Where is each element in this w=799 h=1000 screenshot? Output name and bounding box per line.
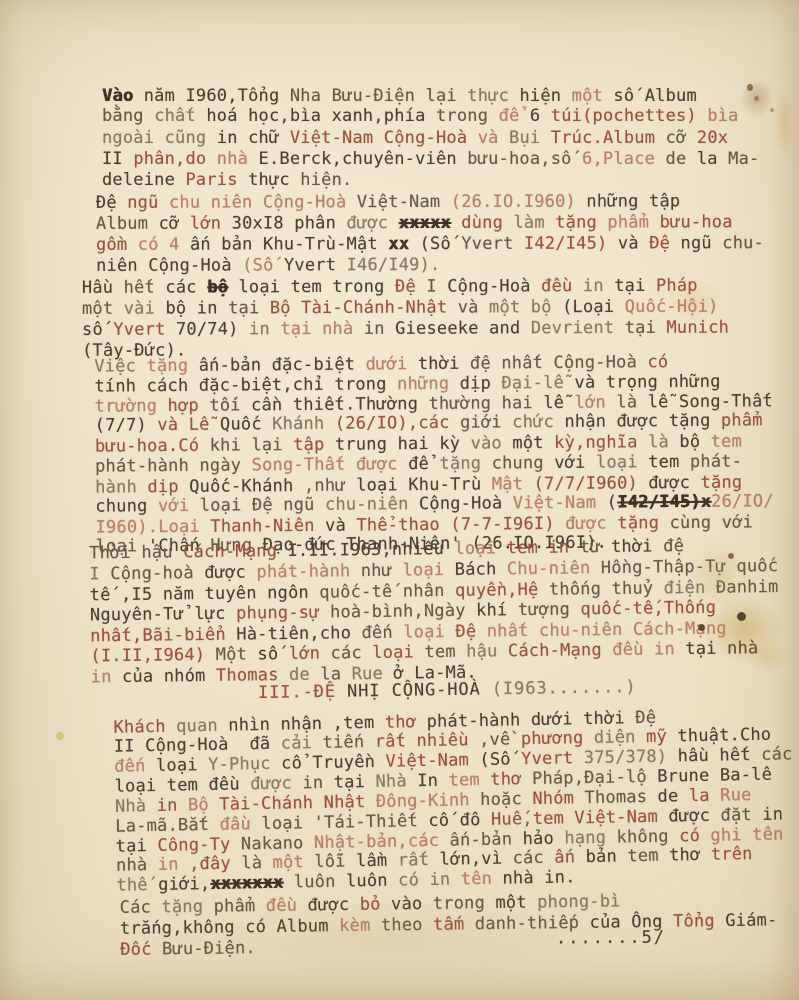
word: trường xyxy=(95,396,158,416)
word: và xyxy=(618,233,639,253)
word: Bách xyxy=(455,559,497,580)
word: Brune xyxy=(657,766,710,787)
word: tem xyxy=(424,642,456,662)
word: loại xyxy=(114,776,156,797)
word: loại xyxy=(156,755,198,776)
word: cổ xyxy=(281,753,302,773)
word: đặc-biệt,chỉ xyxy=(199,375,324,396)
word: diện xyxy=(594,727,636,748)
word: phẩm xyxy=(607,212,649,232)
word: vài xyxy=(124,299,155,319)
word: năm xyxy=(163,584,195,604)
word: thời xyxy=(583,708,625,729)
word: tem xyxy=(711,432,742,452)
word: ngày xyxy=(199,456,241,476)
word: bỏ xyxy=(360,894,381,914)
word: in xyxy=(548,538,569,558)
word: bằng xyxy=(102,106,144,126)
word: Việt-Nam xyxy=(513,493,597,514)
word: tem xyxy=(507,538,539,558)
word: thơ xyxy=(490,769,522,790)
word: (Số xyxy=(479,749,511,770)
word: giới xyxy=(460,413,502,433)
word: chất xyxy=(154,106,196,126)
word: hiện. xyxy=(300,170,352,190)
word: lầm xyxy=(356,850,388,871)
word: cần xyxy=(251,395,282,415)
word: ngôn xyxy=(267,582,309,603)
word: Thời xyxy=(89,543,131,564)
word: tập xyxy=(649,191,680,211)
word: tặng xyxy=(146,356,188,376)
word: là xyxy=(241,852,262,872)
word: thực xyxy=(248,170,290,190)
word: Khách xyxy=(113,716,166,737)
word: Cộng-Hoà xyxy=(148,255,232,275)
word: những xyxy=(397,374,449,394)
word: hậu xyxy=(141,542,173,562)
word: làm xyxy=(513,212,544,232)
word: đều xyxy=(208,774,240,795)
word: (I963.......) xyxy=(492,677,637,699)
word: hợp xyxy=(168,396,199,416)
word: nhà xyxy=(727,638,759,658)
word: I42/I45) xyxy=(524,233,608,253)
word: loại xyxy=(454,538,496,559)
word: các xyxy=(165,278,196,298)
word: tem xyxy=(648,452,679,472)
word: tại xyxy=(228,299,259,319)
word: đặt xyxy=(720,804,752,825)
word: in xyxy=(91,667,112,687)
word: Album xyxy=(276,916,328,937)
word: Tổng xyxy=(673,911,715,932)
word: thơ xyxy=(385,712,417,733)
word: dịp xyxy=(147,477,178,497)
word: tặng xyxy=(555,212,597,232)
text-line: ngoài cũng in chữ Việt-Nam Cộng-Hoà và B… xyxy=(62,128,799,149)
word: Munich xyxy=(666,318,729,338)
word: ngũ xyxy=(283,495,314,515)
word: được xyxy=(356,455,398,475)
word: Bưu-Điện xyxy=(332,86,415,106)
word: cũng xyxy=(165,128,207,148)
word: số xyxy=(613,86,634,106)
word: Pháp,Đại-lộ xyxy=(532,767,647,789)
paragraph-1: Vào năm I960,Tổng Nha Bưu-Điện lại thực … xyxy=(62,86,799,192)
word: (Số xyxy=(420,234,451,254)
word: I xyxy=(89,564,100,584)
word: 20x xyxy=(697,128,728,148)
word: với xyxy=(158,496,189,516)
word: kỳ xyxy=(439,434,460,454)
word: vào xyxy=(471,433,502,453)
word: loại xyxy=(356,475,398,495)
word: Các xyxy=(120,897,152,917)
word: tính xyxy=(94,377,136,397)
word: Đại-lễ xyxy=(501,373,564,393)
word: tem xyxy=(167,775,199,796)
word: tại xyxy=(625,318,656,338)
word: Ba-lê xyxy=(720,764,773,785)
word: hết xyxy=(719,745,751,766)
text-line: Đệ ngũ chu niên Cộng-Hoà Việt-Nam (26.IO… xyxy=(50,191,799,214)
word: chữ xyxy=(248,128,279,148)
word: tại xyxy=(614,276,645,296)
word: 375/378) xyxy=(584,746,668,768)
word: Pháp xyxy=(656,276,698,296)
word: loại xyxy=(261,812,303,833)
word: Đông-Kinh xyxy=(376,790,470,812)
paragraph-2: Đệ ngũ chu niên Cộng-Hoà Việt-Nam (26.IO… xyxy=(50,191,799,277)
word: tại xyxy=(334,772,366,793)
word: Yvert xyxy=(284,255,336,275)
document-page: Vào năm I960,Tổng Nha Bưu-Điện lại thực … xyxy=(0,0,799,1000)
word: in xyxy=(654,639,675,659)
word: cỡ xyxy=(666,128,687,148)
word: Đanhim xyxy=(716,576,779,597)
word: quan xyxy=(176,715,218,736)
word: nhìn xyxy=(228,714,270,735)
word: bộ xyxy=(165,299,186,319)
word: phát-hành xyxy=(95,456,189,477)
word: trên xyxy=(711,843,753,864)
word: thiết.Thường xyxy=(293,394,418,415)
word: (7/7) xyxy=(95,416,147,436)
word: tượng xyxy=(518,599,570,620)
word: Ma- xyxy=(728,149,759,169)
word: đặc-biệt xyxy=(272,355,356,376)
word: hai xyxy=(502,393,533,413)
word: Album xyxy=(645,86,697,106)
word: ,về xyxy=(479,729,511,750)
word: 30xI8 xyxy=(232,213,284,233)
word: rất xyxy=(398,849,430,870)
word: một xyxy=(489,298,520,318)
word: lại xyxy=(251,435,282,455)
word: quyền,Hệ xyxy=(455,579,539,600)
text-line: bằng chất hoá học,bìa xanh,phía trong để… xyxy=(62,106,799,127)
text-line: Album cỡ lớn 30xI8 phân được xxxxx dùng … xyxy=(50,212,799,235)
word: đã xyxy=(249,733,270,753)
word: hạng xyxy=(564,827,606,848)
word: Khánh xyxy=(272,414,324,434)
word: đều xyxy=(541,276,572,296)
word: được xyxy=(565,514,607,534)
word: lớn xyxy=(289,644,321,664)
word: tem xyxy=(448,770,480,791)
word: Đệ xyxy=(635,707,656,727)
word: kỳ,nghĩa xyxy=(554,432,638,453)
word: để xyxy=(499,106,520,126)
text-line: Vào năm I960,Tổng Nha Bưu-Điện lại thực … xyxy=(62,86,799,107)
word: gồm xyxy=(96,235,127,255)
word: loại xyxy=(596,453,638,473)
word: kèm xyxy=(339,916,371,936)
word: Việt-Nam xyxy=(385,750,469,772)
word: có xyxy=(679,825,700,845)
word: Việt-Nam xyxy=(574,806,658,828)
word: Hà-tiên,cho xyxy=(236,623,351,644)
word: Bụi xyxy=(509,128,540,148)
word: Yvert xyxy=(521,748,574,769)
word: một xyxy=(572,86,603,106)
word: tặng xyxy=(617,513,659,533)
word: tối xyxy=(209,396,240,416)
word: thực xyxy=(467,86,509,106)
word: nhà xyxy=(217,149,248,169)
word: trong xyxy=(332,277,384,297)
word: Cộng-Hoà xyxy=(145,734,229,756)
word: mỹ xyxy=(646,726,667,746)
faded-red-text: 26/IO/ xyxy=(711,492,774,512)
text-line: Hầu hết các bộ loại tem trong Đệ I Cộng-… xyxy=(38,276,799,299)
page-number: .......5/ xyxy=(556,928,666,949)
word: những xyxy=(668,372,720,392)
word: được xyxy=(250,773,292,794)
word: tặng xyxy=(669,411,711,431)
word: lớn xyxy=(575,393,606,413)
word: hết xyxy=(124,278,155,298)
word: một xyxy=(82,299,113,319)
word: hảo xyxy=(522,828,554,849)
word: ngũ xyxy=(680,233,711,253)
word: một xyxy=(512,433,543,453)
word: thơ xyxy=(669,844,701,865)
word: de xyxy=(666,149,687,169)
word: Gieseeke xyxy=(395,319,479,339)
word: Rue xyxy=(720,785,752,806)
word: Paris xyxy=(185,170,237,190)
word: hiện xyxy=(519,86,561,106)
word: năm xyxy=(144,86,175,106)
word: 'Tái-Thiết xyxy=(313,810,418,832)
word: rất xyxy=(375,731,407,752)
word: II xyxy=(102,149,123,169)
word: NHỊ xyxy=(347,681,381,702)
word: loại xyxy=(200,496,242,516)
word: phân,do xyxy=(133,149,206,169)
word: Việt-Nam xyxy=(357,192,441,212)
word: Thanh-Niên xyxy=(210,516,315,537)
word: đều xyxy=(612,640,644,660)
word: được xyxy=(668,805,710,826)
word: nhất xyxy=(487,621,529,642)
word: in xyxy=(197,299,218,319)
word: Trúc.Album xyxy=(551,128,655,148)
word: như xyxy=(361,560,393,580)
word: Đệ xyxy=(96,193,117,213)
word: loại xyxy=(403,622,445,643)
word: Tài-Chánh-Nhật xyxy=(301,298,447,319)
word: được xyxy=(204,562,246,583)
word: Nhật xyxy=(323,792,365,813)
word: de xyxy=(657,786,678,806)
paragraph-4: Việc tặng ấn-bản đặc-biệt dưới thời đệ n… xyxy=(45,352,799,558)
word: ấn xyxy=(554,846,575,866)
word: (26/IO),các xyxy=(335,413,450,434)
word: (I.II,I964) xyxy=(90,645,205,666)
paragraph-6: Khách quan nhìn nhận ,tem thơ phát-hành … xyxy=(42,706,799,897)
word: tặng xyxy=(439,454,481,474)
word: in xyxy=(762,804,783,824)
word: bưu-hoa.Có xyxy=(95,436,200,457)
word: nhân xyxy=(403,581,445,602)
typewritten-text: Vào năm I960,Tổng Nha Bưu-Điện lại thực … xyxy=(0,86,799,962)
word: và xyxy=(574,373,595,393)
word: Cộng-Hoà xyxy=(263,192,347,212)
word: chung xyxy=(95,497,147,517)
word: Yvert xyxy=(113,320,165,340)
word: phụng-sự xyxy=(236,602,320,623)
word: Đệ xyxy=(252,496,273,516)
word: Devrient xyxy=(531,318,615,338)
word: quốc-tế xyxy=(319,581,392,602)
word: Mật xyxy=(492,474,523,494)
word: Song-Thất xyxy=(679,391,773,412)
word: Nhóm xyxy=(532,788,574,809)
word: ấn-bản xyxy=(199,356,262,376)
word: khi xyxy=(210,435,241,455)
word: hoà-bình,Ngày xyxy=(330,601,466,623)
word: Huế,tem xyxy=(491,808,564,829)
word: bưu-hoa xyxy=(660,212,733,232)
word: nhóm xyxy=(164,666,206,687)
word: Khu-Trù-Mật xyxy=(263,234,378,254)
word: lễ xyxy=(648,392,669,412)
word: bản xyxy=(221,234,252,254)
word: bộ xyxy=(531,297,552,317)
word: để xyxy=(408,454,429,474)
word: thời xyxy=(418,354,460,374)
word: tấm xyxy=(433,914,465,934)
word: lực xyxy=(194,604,226,624)
word: hai xyxy=(397,434,428,454)
word: từ xyxy=(580,537,601,557)
overtyped-text: I42/I45)x xyxy=(617,492,711,513)
word: Đệ xyxy=(455,621,476,641)
word: đến xyxy=(361,622,393,642)
word: thống xyxy=(549,579,601,600)
word: giới, xyxy=(158,873,211,894)
word: in xyxy=(217,128,238,148)
text-line: một vài bộ in tại Bộ Tài-Chánh-Nhật và m… xyxy=(38,297,799,320)
word: (Loại xyxy=(562,297,614,317)
word: I xyxy=(426,277,437,297)
word: đệ xyxy=(470,354,491,374)
word: Đệ xyxy=(649,233,670,253)
word: tem xyxy=(627,845,659,866)
word: tế xyxy=(90,585,111,605)
word: (7-7-I96I) xyxy=(450,514,555,535)
word: tặng xyxy=(700,472,742,492)
word: ấn xyxy=(190,234,211,254)
word: quốc xyxy=(736,556,778,577)
word: ngũ xyxy=(127,192,158,212)
word: đệ xyxy=(663,536,684,556)
word: một xyxy=(495,892,527,912)
word: nhận xyxy=(280,713,322,734)
word: số xyxy=(82,320,103,340)
word: lại xyxy=(426,86,457,106)
word: Cách-Mạng xyxy=(183,541,277,562)
word: nhiều xyxy=(416,730,469,751)
word: trắng,không xyxy=(120,917,235,939)
word: cỡ xyxy=(159,213,180,233)
word: bản xyxy=(585,846,617,867)
word: dịp xyxy=(460,374,491,394)
word: cải xyxy=(281,733,313,754)
word: số xyxy=(257,644,278,664)
word: tên xyxy=(752,824,784,845)
word: hoặc xyxy=(480,789,522,810)
word: một xyxy=(272,851,304,872)
word: niên xyxy=(96,256,138,276)
word: tại xyxy=(685,639,717,659)
word: lễ xyxy=(543,393,564,413)
word: tem xyxy=(291,277,322,297)
word: Đốc xyxy=(120,939,152,959)
word: I960).Loại xyxy=(95,517,200,538)
word: ấn-bản xyxy=(449,828,512,849)
word: cách xyxy=(147,376,189,396)
word: đô xyxy=(460,809,481,829)
word: and xyxy=(489,319,520,339)
word: thuỷ xyxy=(611,578,653,599)
word: là xyxy=(648,432,669,452)
word: deleine xyxy=(102,170,175,190)
word: đều xyxy=(266,895,298,915)
word: chu- xyxy=(722,233,764,253)
word: (7/7/I960) xyxy=(533,473,638,494)
overtyped-text: xxxxxxx xyxy=(210,872,283,893)
word: thường xyxy=(428,394,491,414)
word: Yvert xyxy=(461,234,513,254)
word: loại xyxy=(372,642,414,663)
word: E.Berck,chuyên-viên xyxy=(259,149,457,169)
word: nhà xyxy=(116,854,148,875)
word: tiến xyxy=(322,732,364,753)
word: La-mã.Bắt xyxy=(115,814,209,836)
word: Việc xyxy=(94,357,136,377)
word: các xyxy=(330,643,362,663)
word: in xyxy=(364,319,385,339)
word: phát- xyxy=(690,452,742,472)
word: chu xyxy=(169,192,200,212)
word: được xyxy=(648,473,690,493)
word: và xyxy=(325,516,346,536)
word: CỘNG-HOÀ xyxy=(391,679,480,700)
text-line: deleine Paris thực hiện. xyxy=(62,170,799,191)
word: Lễ xyxy=(189,415,210,435)
word: Cách-Mạng xyxy=(508,640,602,661)
word: được xyxy=(307,895,349,916)
word: là xyxy=(616,393,637,413)
word: dưới xyxy=(366,354,408,374)
text-line: niên Cộng-Hoà (Số Yvert I46/I49). xyxy=(50,254,799,277)
word: Thomas xyxy=(584,787,647,808)
word: tại xyxy=(280,319,311,339)
word: Bưu-Điện. xyxy=(162,938,256,959)
word: ngoài xyxy=(102,128,154,148)
word: có xyxy=(647,352,668,372)
word: luôn xyxy=(294,871,336,892)
word: tập xyxy=(293,435,324,455)
word: Cộng-Hoà xyxy=(447,276,531,296)
word: Song-Thất xyxy=(252,455,346,476)
word: phân xyxy=(294,213,336,233)
text-line: gồm có 4 ấn bản Khu-Trù-Mật xx (Số Yvert… xyxy=(50,233,799,256)
